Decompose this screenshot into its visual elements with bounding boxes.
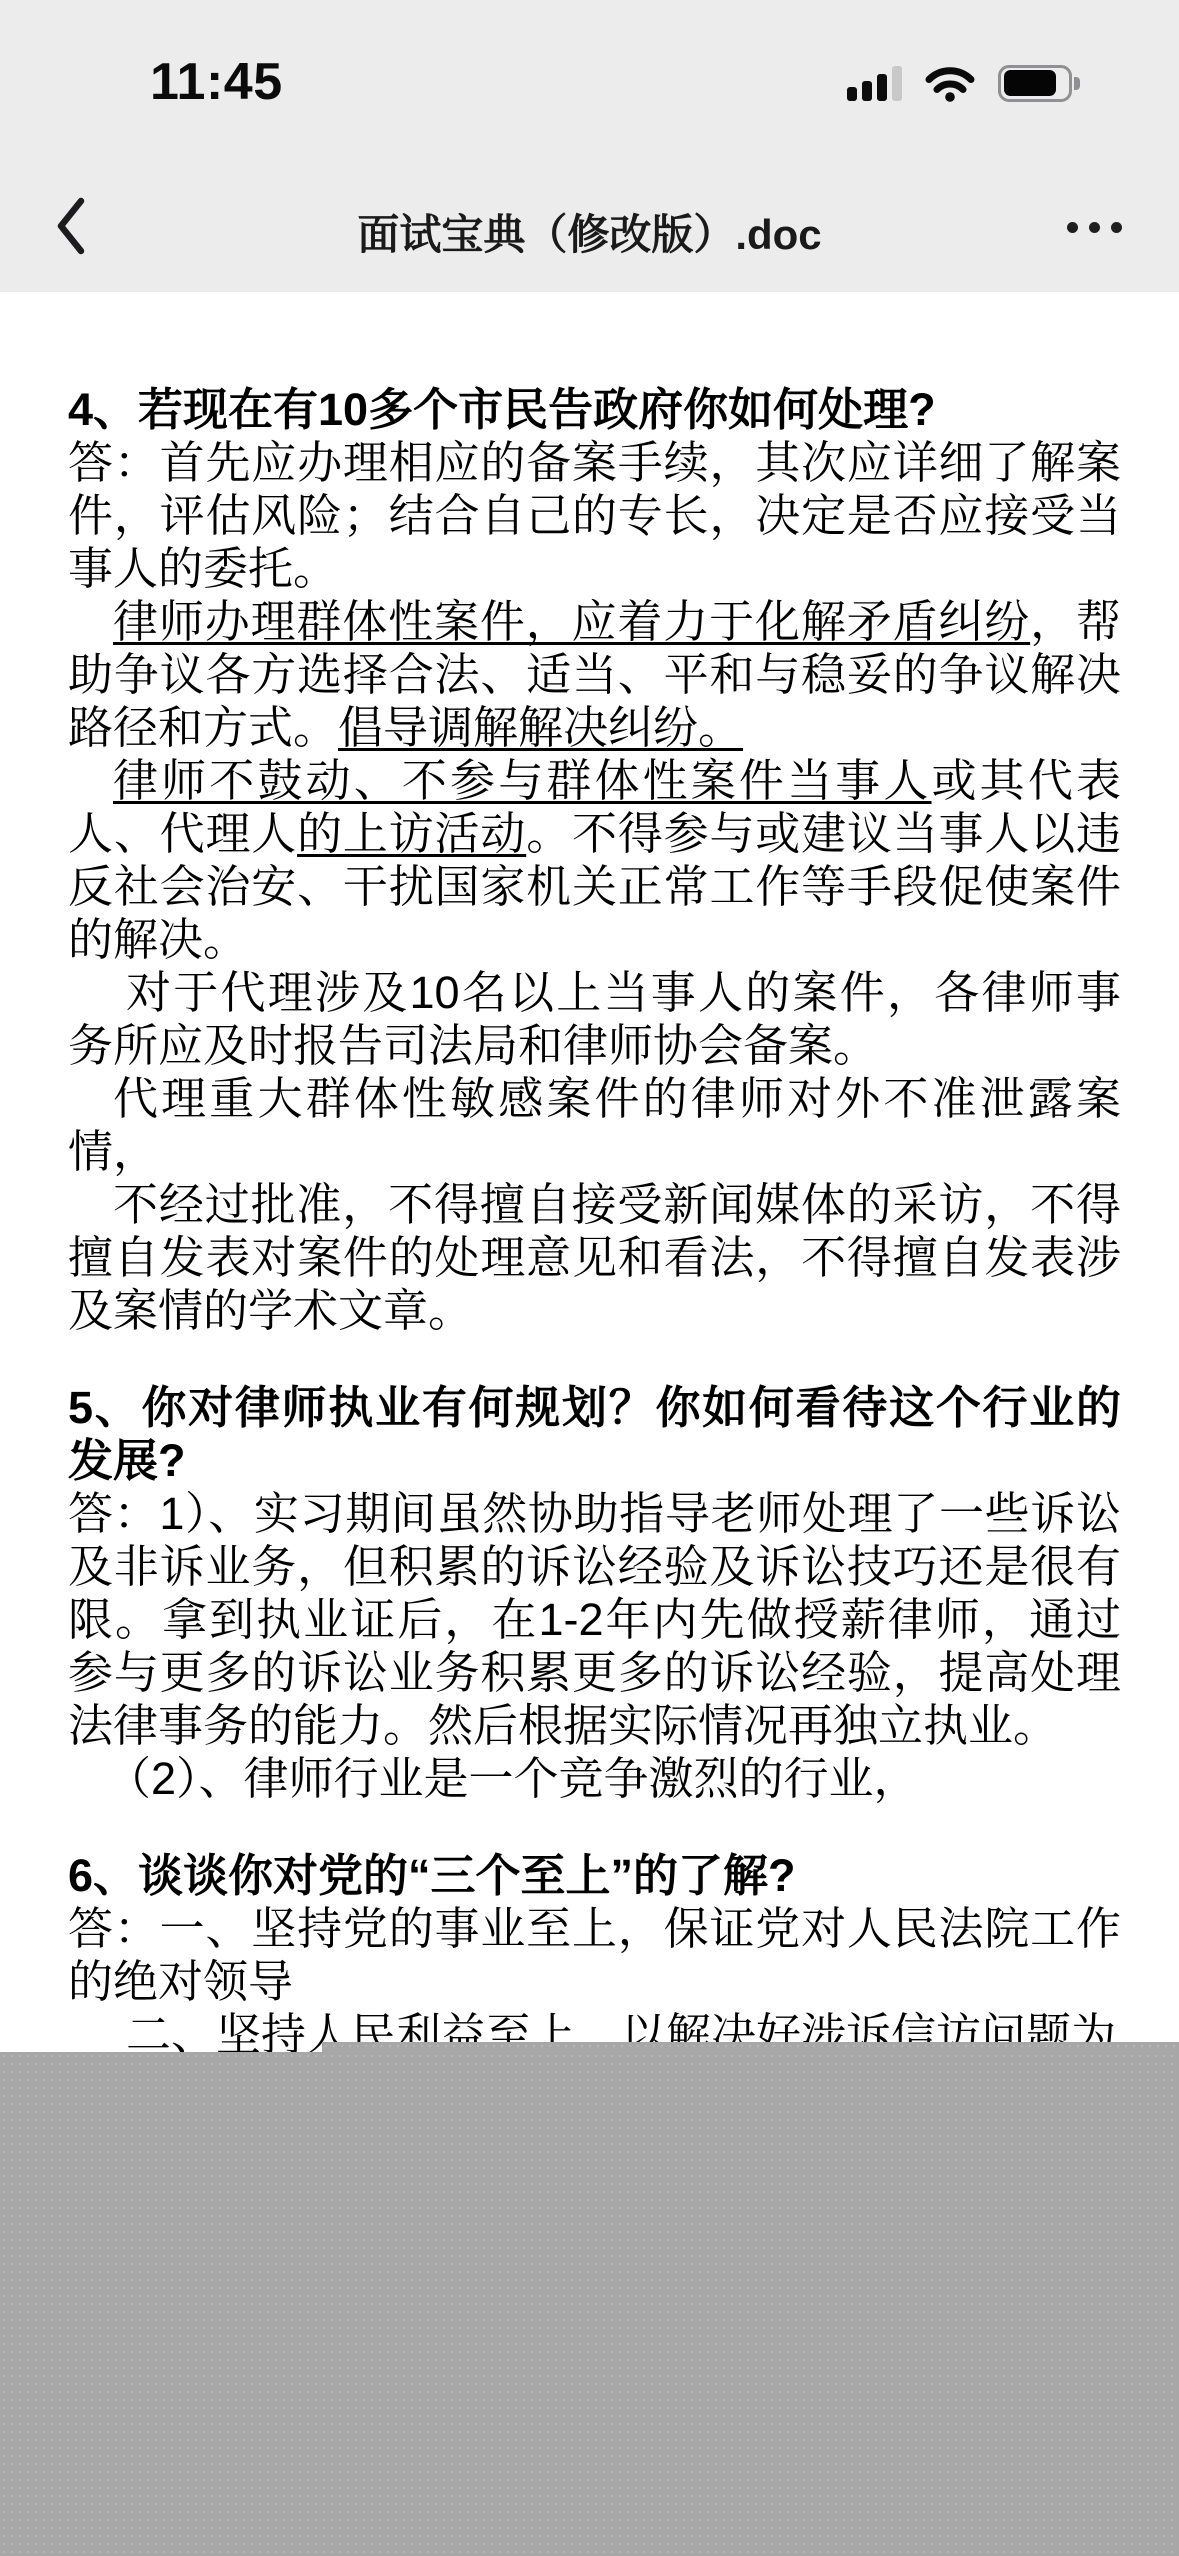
doc-paragraph: 代理重大群体性敏感案件的律师对外不准泄露案情， bbox=[68, 1072, 1121, 1178]
more-button[interactable] bbox=[1019, 185, 1149, 270]
doc-paragraph: 律师办理群体性案件，应着力于化解矛盾纠纷，帮助争议各方选择合法、适当、平和与稳妥… bbox=[68, 595, 1121, 754]
document-page: 4、若现在有10多个市民告政府你如何处理? 答：首先应办理相应的备案手续，其次应… bbox=[0, 292, 1179, 2061]
doc-paragraph: （2）、律师行业是一个竞争激烈的行业， bbox=[68, 1752, 1121, 1805]
ellipsis-icon bbox=[1019, 222, 1149, 233]
doc-paragraph: 答：一、坚持党的事业至上，保证党对人民法院工作的绝对领导 bbox=[68, 1902, 1121, 2008]
document-title: 面试宝典（修改版）.doc bbox=[120, 202, 1059, 262]
unrendered-band bbox=[322, 2042, 1179, 2052]
doc-heading-q5: 5、你对律师执业有何规划？你如何看待这个行业的发展? bbox=[68, 1381, 1121, 1487]
status-time: 11:45 bbox=[150, 52, 283, 112]
back-button[interactable] bbox=[30, 180, 110, 275]
underlined-text: 律师办理群体性案件，应着力于化解矛盾纠纷 bbox=[113, 596, 1030, 647]
doc-heading-q4: 4、若现在有10多个市民告政府你如何处理? bbox=[68, 383, 1121, 436]
doc-heading-q6: 6、谈谈你对党的“三个至上”的了解? bbox=[68, 1849, 1121, 1902]
doc-paragraph: 答：首先应办理相应的备案手续，其次应详细了解案件，评估风险；结合自己的专长，决定… bbox=[68, 436, 1121, 595]
doc-paragraph: 不经过批准，不得擅自接受新闻媒体的采访，不得擅自发表对案件的处理意见和看法，不得… bbox=[68, 1178, 1121, 1337]
underlined-text: 倡导调解解决纠纷。 bbox=[338, 702, 743, 753]
screen: { "status_bar": { "time": "11:45", "cell… bbox=[0, 0, 1179, 2556]
top-chrome: 11:45 面试宝典（修改版）.doc bbox=[0, 0, 1179, 292]
underlined-text: 律师不鼓动、不参与群体性案件当事人 bbox=[113, 755, 932, 806]
doc-paragraph: 律师不鼓动、不参与群体性案件当事人或其代表人、代理人的上访活动。不得参与或建议当… bbox=[68, 754, 1121, 966]
cellular-signal-icon bbox=[847, 66, 902, 101]
status-icons bbox=[847, 60, 1080, 106]
unrendered-area bbox=[0, 2052, 1179, 2556]
wifi-icon bbox=[925, 64, 975, 102]
battery-icon bbox=[998, 65, 1080, 102]
doc-paragraph: 对于代理涉及10名以上当事人的案件，各律师事务所应及时报告司法局和律师协会备案。 bbox=[68, 966, 1121, 1072]
doc-paragraph: 答：1）、实习期间虽然协助指导老师处理了一些诉讼及非诉业务，但积累的诉讼经验及诉… bbox=[68, 1487, 1121, 1752]
underlined-text: 的上访活动 bbox=[297, 808, 526, 859]
chevron-left-icon bbox=[54, 197, 86, 255]
